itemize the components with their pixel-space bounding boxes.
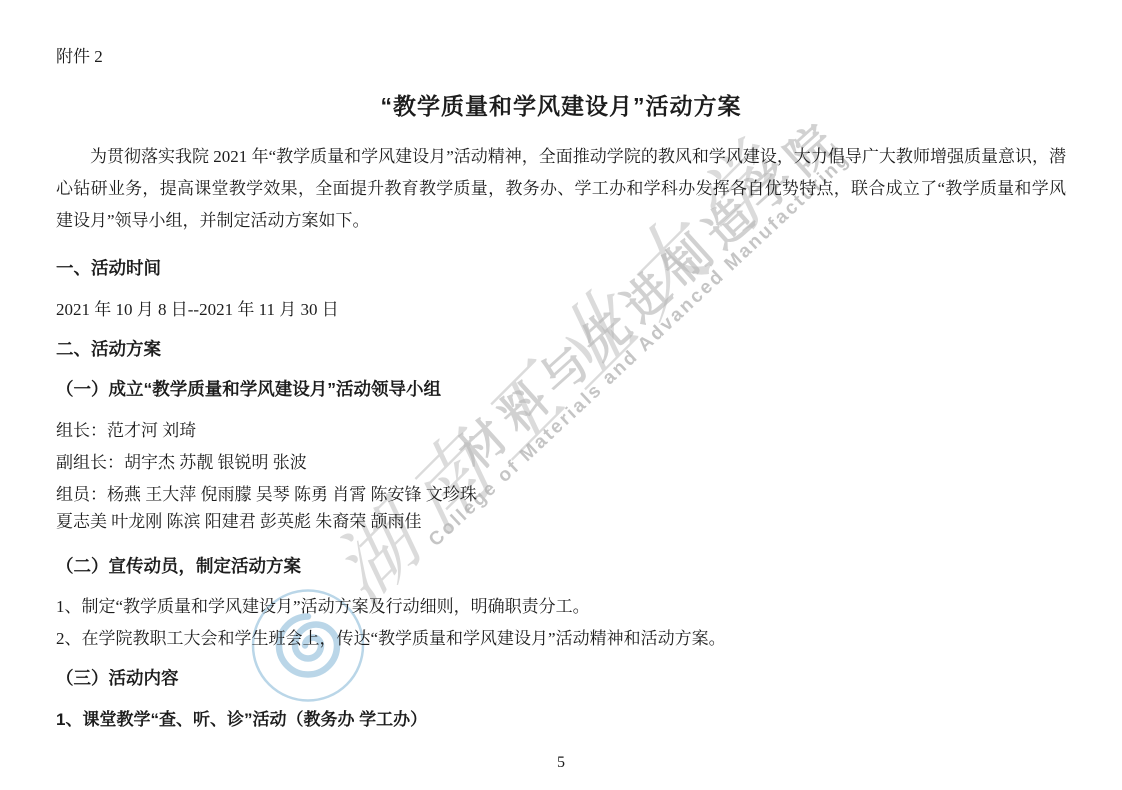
subsection-heading-activity-content: （三）活动内容 xyxy=(56,670,1066,688)
mobilization-item-2: 2、在学院教职工大会和学生班会上，传达“教学质量和学风建设月”活动精神和活动方案… xyxy=(56,630,1066,647)
document-title: “教学质量和学风建设月”活动方案 xyxy=(56,95,1066,118)
intro-paragraph: 为贯彻落实我院 2021 年“教学质量和学风建设月”活动精神，全面推动学院的教风… xyxy=(56,141,1066,237)
activity-content-item-1: 1、课堂教学“查、听、诊”活动（教务办 学工办） xyxy=(56,711,1066,728)
members-line-1: 组员：杨燕 王大萍 倪雨朦 吴琴 陈勇 肖霄 陈安锋 文珍珠 xyxy=(56,486,1066,503)
attachment-label: 附件 2 xyxy=(56,48,1066,65)
members-line-2: 夏志美 叶龙刚 陈滨 阳建君 彭英彪 朱裔荣 颉雨佳 xyxy=(56,513,1066,530)
deputy-leader-line: 副组长：胡宇杰 苏靓 银锐明 张波 xyxy=(56,454,1066,471)
subsection-heading-leading-group: （一）成立“教学质量和学风建设月”活动领导小组 xyxy=(56,381,1066,399)
mobilization-item-1: 1、制定“教学质量和学风建设月”活动方案及行动细则，明确职责分工。 xyxy=(56,598,1066,615)
page-number: 5 xyxy=(0,754,1122,772)
section-heading-activity-time: 一、活动时间 xyxy=(56,260,1066,278)
leader-line: 组长：范才河 刘琦 xyxy=(56,422,1066,439)
section-heading-activity-plan: 二、活动方案 xyxy=(56,341,1066,359)
activity-time-range: 2021 年 10 月 8 日--2021 年 11 月 30 日 xyxy=(56,301,1066,318)
document-page: 附件 2 “教学质量和学风建设月”活动方案 为贯彻落实我院 2021 年“教学质… xyxy=(0,0,1122,728)
subsection-heading-mobilization: （二）宣传动员，制定活动方案 xyxy=(56,558,1066,576)
